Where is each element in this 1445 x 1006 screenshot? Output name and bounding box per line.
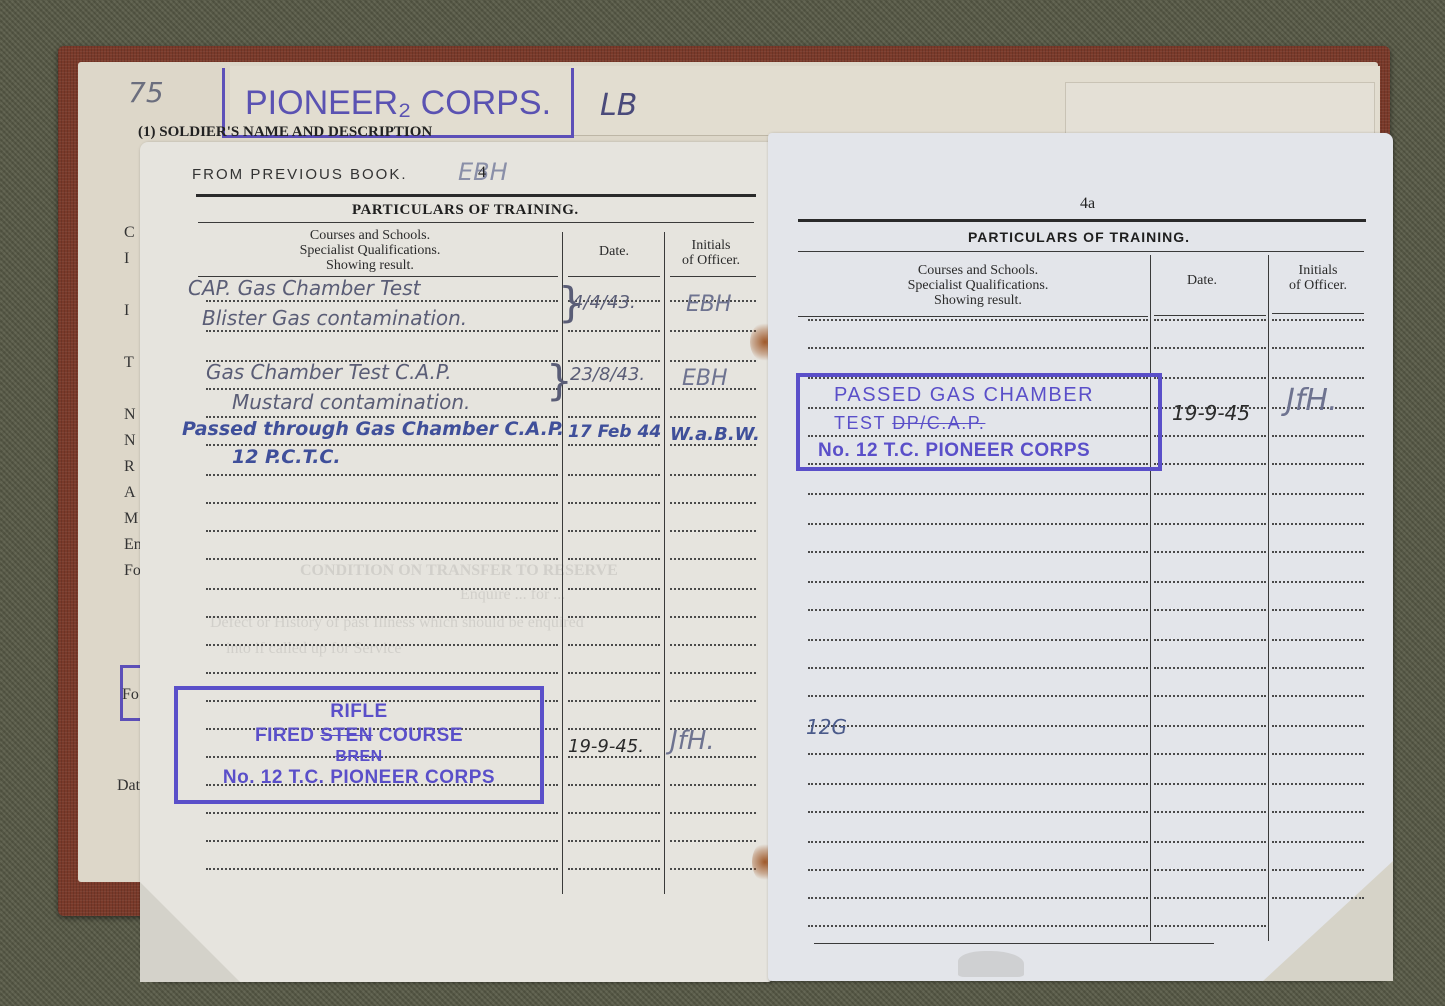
- rifle-stamp-initials: JfH.: [670, 726, 715, 756]
- rule: [568, 276, 660, 277]
- ruled-line: [1154, 551, 1266, 553]
- ruled-line: [1272, 811, 1364, 813]
- rule: [798, 316, 1148, 317]
- pencil-note-lb: LB: [600, 88, 637, 123]
- ruled-line: [670, 502, 756, 504]
- ruled-line: [568, 444, 660, 446]
- ruled-line: [1154, 811, 1266, 813]
- entry-3-date: 17 Feb 44: [568, 422, 661, 442]
- ruled-line: [568, 530, 660, 532]
- ruled-line: [808, 869, 1148, 871]
- page-number: 4a: [1080, 195, 1095, 213]
- ruled-line: [206, 330, 558, 332]
- ruled-line: [568, 672, 660, 674]
- right-page-4a: 4a PARTICULARS OF TRAINING. Courses and …: [768, 133, 1393, 981]
- ruled-line: [670, 588, 756, 590]
- entry-3-initials: W.a.B.W.: [670, 424, 760, 445]
- ruled-line: [568, 388, 660, 390]
- ruled-line: [1272, 581, 1364, 583]
- ruled-line: [1154, 435, 1266, 437]
- ruled-line: [568, 474, 660, 476]
- ruled-line: [808, 523, 1148, 525]
- ruled-line: [206, 840, 558, 842]
- gas-stamp-date: 19-9-45: [1172, 401, 1250, 425]
- ruled-line: [568, 644, 660, 646]
- ruled-line: [670, 474, 756, 476]
- left-page-4: FROM PREVIOUS BOOK. EBH 4 PARTICULARS OF…: [140, 142, 772, 982]
- ruled-line: [1154, 377, 1266, 379]
- ruled-line: [1272, 377, 1364, 379]
- bleed-through-text: CONDITION ON TRANSFER TO RESERVE: [300, 562, 618, 580]
- ruled-line: [1272, 551, 1364, 553]
- ruled-line: [1154, 725, 1266, 727]
- ruled-line: [670, 360, 756, 362]
- stamp-line-fired-course: FIRED STEN COURSE: [178, 724, 540, 748]
- ruled-line: [1154, 463, 1266, 465]
- ruled-line: [1272, 783, 1364, 785]
- ruled-line: [1154, 667, 1266, 669]
- ruled-line: [1272, 897, 1364, 899]
- ruled-line: [670, 756, 756, 758]
- stamp-line-passed-gas-chamber: PASSED GAS CHAMBER: [834, 381, 1158, 409]
- ruled-line: [670, 416, 756, 418]
- pioneer-corps-stamp: PIONEER₂ CORPS.: [245, 84, 551, 123]
- ruled-line: [670, 644, 756, 646]
- entry-2-initials: EBH: [682, 366, 728, 391]
- column-header-initials: Initials of Officer.: [666, 238, 756, 268]
- ruled-line: [1272, 639, 1364, 641]
- ruled-line: [568, 784, 660, 786]
- ruled-line: [206, 502, 558, 504]
- stamp-line-test: TEST DP/C.A.P.: [834, 409, 1158, 437]
- ruled-line: [670, 616, 756, 618]
- ruled-line: [670, 530, 756, 532]
- edge-letter: Dat: [117, 777, 140, 795]
- ruled-line: [670, 868, 756, 870]
- gas-stamp-initials: JfH.: [1286, 383, 1338, 418]
- ruled-line: [1154, 753, 1266, 755]
- rule: [670, 276, 756, 277]
- ruled-line: [568, 588, 660, 590]
- ruled-line: [568, 502, 660, 504]
- rule: [196, 194, 756, 197]
- ruled-line: [670, 700, 756, 702]
- back-page-tab: [1065, 82, 1375, 134]
- ruled-line: [808, 551, 1148, 553]
- entry-1-initials: EBH: [686, 292, 732, 317]
- column-header-initials: Initials of Officer.: [1268, 263, 1368, 293]
- ruled-line: [1272, 493, 1364, 495]
- edge-letter: Fo: [122, 686, 139, 704]
- bleed-through-text: Defect or History of past Illness which …: [210, 614, 584, 632]
- ruled-line: [568, 812, 660, 814]
- column-header-date: Date.: [1152, 273, 1252, 288]
- ruled-line: [568, 330, 660, 332]
- ruled-line: [1272, 347, 1364, 349]
- column-divider: [664, 232, 665, 894]
- ruled-line: [1272, 609, 1364, 611]
- ruled-line: [568, 360, 660, 362]
- entry-3-line-1: Passed through Gas Chamber C.A.P.: [182, 418, 564, 440]
- stamp-line-unit: No. 12 T.C. PIONEER CORPS: [178, 766, 540, 790]
- ruled-line: [1272, 725, 1364, 727]
- ruled-line: [568, 728, 660, 730]
- rule: [798, 251, 1364, 252]
- folded-corner: [1263, 861, 1393, 981]
- ruled-line: [1272, 319, 1364, 321]
- soldier-name-label: (1) SOLDIER'S NAME AND DESCRIPTION: [138, 124, 432, 141]
- entry-2-date: 23/8/43.: [570, 364, 645, 385]
- ruled-line: [1154, 783, 1266, 785]
- ruled-line: [1154, 523, 1266, 525]
- column-divider: [1268, 255, 1269, 941]
- ruled-line: [670, 558, 756, 560]
- ruled-line: [1154, 695, 1266, 697]
- ruled-line: [1154, 609, 1266, 611]
- margin-pencil-mark: 12G: [806, 715, 847, 739]
- gas-chamber-stamp: PASSED GAS CHAMBER TEST DP/C.A.P. No. 12…: [796, 373, 1162, 471]
- ruled-line: [808, 667, 1148, 669]
- ruled-line: [670, 784, 756, 786]
- entry-1-date: 4/4/43.: [572, 292, 636, 313]
- ruled-line: [206, 300, 558, 302]
- ruled-line: [1154, 897, 1266, 899]
- pencil-mark: 75: [128, 76, 164, 109]
- rule: [1272, 313, 1364, 314]
- ruled-line: [1272, 667, 1364, 669]
- ruled-line: [808, 581, 1148, 583]
- entry-1-line-1: CAP. Gas Chamber Test: [188, 276, 420, 300]
- ruled-line: [206, 868, 558, 870]
- page-number: 4: [478, 164, 486, 182]
- ruled-line: [1272, 841, 1364, 843]
- ruled-line: [808, 695, 1148, 697]
- ruled-line: [206, 812, 558, 814]
- rule: [198, 222, 754, 223]
- page-tear: [958, 951, 1024, 977]
- ruled-line: [808, 811, 1148, 813]
- ruled-line: [670, 330, 756, 332]
- ruled-line: [1272, 523, 1364, 525]
- stamp-line-unit: No. 12 T.C. PIONEER CORPS: [818, 437, 1158, 465]
- ruled-line: [808, 753, 1148, 755]
- ruled-line: [568, 840, 660, 842]
- section-title: PARTICULARS OF TRAINING.: [352, 202, 579, 219]
- ruled-line: [670, 812, 756, 814]
- ruled-line: [1154, 347, 1266, 349]
- rifle-stamp-date: 19-9-45.: [568, 736, 644, 757]
- entry-3-line-2: 12 P.C.T.C.: [232, 446, 341, 468]
- ruled-line: [808, 897, 1148, 899]
- ruled-line: [568, 558, 660, 560]
- ruled-line: [808, 493, 1148, 495]
- ruled-line: [808, 639, 1148, 641]
- rifle-course-stamp: RIFLE FIRED STEN COURSE BREN No. 12 T.C.…: [174, 686, 544, 804]
- section-title: PARTICULARS OF TRAINING.: [968, 229, 1190, 245]
- from-previous-book-note: FROM PREVIOUS BOOK.: [192, 166, 408, 183]
- stamp-line-bren: BREN: [178, 748, 540, 766]
- bleed-through-text: Enquire ... for ...: [460, 586, 565, 604]
- entry-1-line-2: Blister Gas contamination.: [202, 306, 467, 330]
- ruled-line: [206, 530, 558, 532]
- ruled-line: [206, 558, 558, 560]
- ruled-line: [808, 609, 1148, 611]
- folded-corner: [140, 882, 240, 982]
- ruled-line: [1154, 925, 1266, 927]
- rule: [814, 943, 1214, 944]
- ruled-line: [1154, 319, 1266, 321]
- ruled-line: [808, 725, 1148, 727]
- ruled-line: [206, 474, 558, 476]
- ruled-line: [670, 672, 756, 674]
- ruled-line: [1154, 869, 1266, 871]
- ruled-line: [808, 925, 1148, 927]
- ruled-line: [1272, 695, 1364, 697]
- ruled-line: [568, 868, 660, 870]
- ruled-line: [808, 783, 1148, 785]
- ruled-line: [670, 840, 756, 842]
- ruled-line: [808, 347, 1148, 349]
- ruled-line: [1272, 869, 1364, 871]
- rule: [1154, 315, 1266, 316]
- ruled-line: [1154, 493, 1266, 495]
- ruled-line: [1272, 463, 1364, 465]
- column-divider: [1150, 255, 1151, 941]
- ruled-line: [1154, 639, 1266, 641]
- ruled-line: [206, 672, 558, 674]
- entry-2-line-2: Mustard contamination.: [232, 390, 470, 414]
- ruled-line: [1272, 435, 1364, 437]
- entry-2-line-1: Gas Chamber Test C.A.P.: [206, 360, 452, 384]
- rule: [798, 219, 1366, 222]
- ruled-line: [568, 416, 660, 418]
- column-header-courses: Courses and Schools. Specialist Qualific…: [848, 263, 1108, 308]
- ruled-line: [808, 841, 1148, 843]
- stamp-line-rifle: RIFLE: [178, 700, 540, 724]
- bleed-through-text: into if called up for Service: [226, 640, 402, 658]
- ruled-line: [808, 319, 1148, 321]
- ruled-line: [568, 700, 660, 702]
- ruled-line: [1154, 581, 1266, 583]
- ruled-line: [1272, 753, 1364, 755]
- ruled-line: [1154, 841, 1266, 843]
- column-header-courses: Courses and Schools. Specialist Qualific…: [240, 228, 500, 273]
- brace: }: [546, 356, 573, 405]
- column-header-date: Date.: [564, 244, 664, 259]
